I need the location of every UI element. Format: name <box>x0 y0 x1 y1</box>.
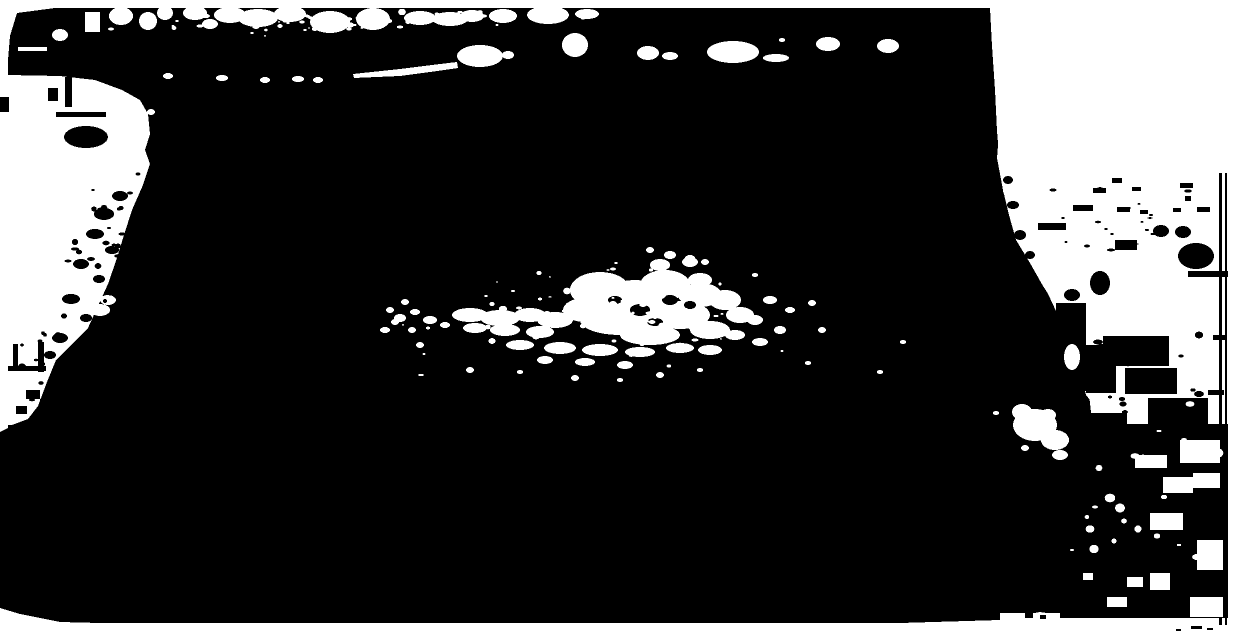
threshold-main-layer <box>0 6 1231 625</box>
binarized-photo-figure <box>0 0 1239 637</box>
threshold-image-canvas <box>0 0 1239 637</box>
